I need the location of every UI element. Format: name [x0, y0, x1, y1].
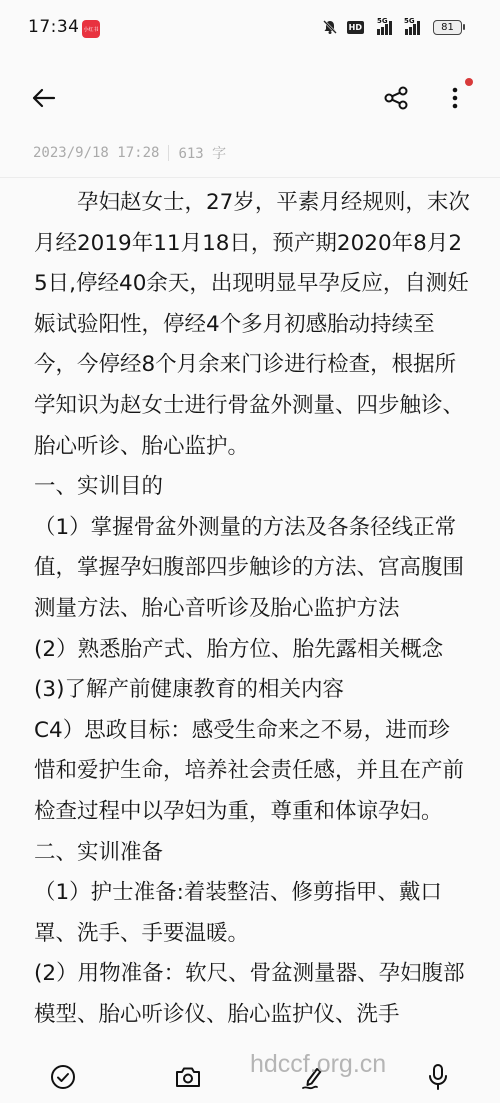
note-paragraph: （1）护士准备:着装整洁、修剪指甲、戴口罩、洗手、手要温暖。 [34, 873, 470, 954]
notification-dot [465, 78, 473, 86]
handwriting-button[interactable] [293, 1057, 333, 1097]
note-paragraph: (2）熟悉胎产式、胎方位、胎先露相关概念 [34, 630, 470, 671]
note-meta: 2023/9/18 17:28 613 字 [33, 143, 226, 163]
note-paragraph: (2）用物准备：软尺、骨盆测量器、孕妇腹部模型、胎心听诊仪、胎心监护仪、洗手 [34, 954, 470, 1035]
signal-icon-1: 5G [373, 19, 395, 35]
status-time: 17:34 [28, 17, 80, 37]
arrow-left-icon [28, 82, 60, 114]
note-paragraph: C4）思政目标：感受生命来之不易，进而珍惜和爱护生命，培养社会责任感，并且在产前… [34, 711, 470, 833]
note-paragraph-intro: 孕妇赵女士，27岁，平素月经规则，末次月经2019年11月18日，预产期2020… [34, 183, 470, 467]
status-icons: HD 5G 5G 81 [322, 19, 462, 35]
pen-icon [298, 1062, 328, 1092]
note-paragraph: (3)了解产前健康教育的相关内容 [34, 670, 470, 711]
status-bar: 17:34 小红书 HD 5G 5G 81 [0, 0, 500, 58]
note-paragraph: （1）掌握骨盆外测量的方法及各条径线正常值，掌握孕妇腹部四步触诊的方法、宫高腹围… [34, 508, 470, 630]
bell-muted-icon [322, 19, 338, 35]
word-count: 613 字 [178, 143, 226, 163]
check-circle-icon [49, 1063, 77, 1091]
hd-voice-icon: HD [347, 21, 364, 34]
more-options-button[interactable] [440, 82, 470, 114]
battery-icon: 81 [433, 20, 462, 35]
signal-icon-2: 5G [404, 19, 424, 35]
checklist-button[interactable] [43, 1057, 83, 1097]
voice-input-button[interactable] [418, 1057, 458, 1097]
note-heading-preparation: 二、实训准备 [34, 833, 470, 874]
app-notification-icon: 小红书 [82, 20, 100, 38]
meta-divider [168, 145, 169, 161]
share-icon [380, 82, 412, 114]
note-content-editor[interactable]: 孕妇赵女士，27岁，平素月经规则，末次月经2019年11月18日，预产期2020… [34, 183, 470, 1035]
share-button[interactable] [380, 82, 412, 114]
note-datetime: 2023/9/18 17:28 [33, 145, 159, 161]
more-vertical-icon [440, 82, 470, 114]
note-heading-objectives: 一、实训目的 [34, 467, 470, 508]
microphone-icon [425, 1062, 451, 1092]
back-button[interactable] [28, 82, 60, 114]
bottom-toolbar [0, 1050, 500, 1103]
header-divider [0, 177, 500, 178]
camera-icon [173, 1063, 203, 1091]
camera-button[interactable] [168, 1057, 208, 1097]
note-toolbar [0, 70, 500, 126]
